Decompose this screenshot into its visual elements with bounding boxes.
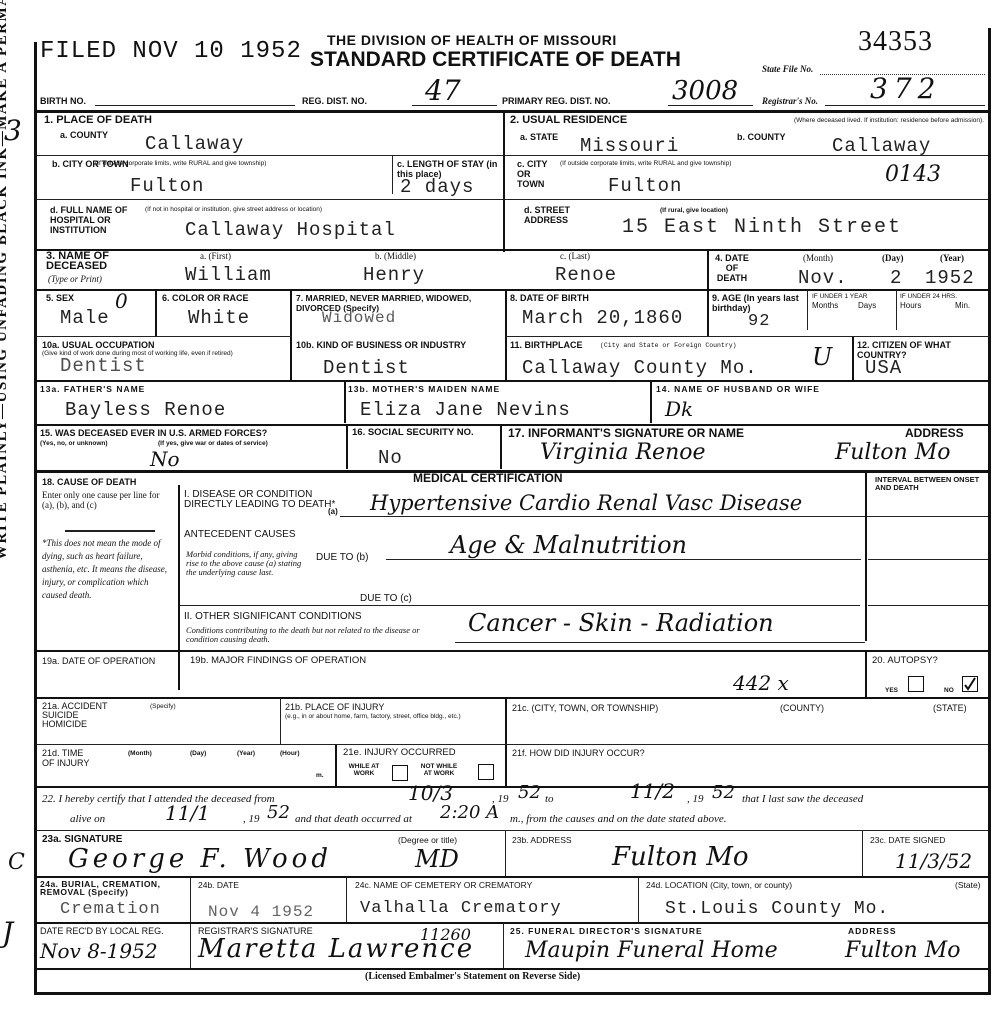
certify-text-c: to [545, 794, 554, 804]
residence-county-label: b. COUNTY [737, 132, 786, 142]
sex: Male [60, 308, 110, 328]
burial-location: St.Louis County Mo. [665, 899, 889, 919]
age: 92 [748, 312, 770, 332]
certify-text-f: alive on [70, 814, 105, 824]
date-of-death-label: 4. DATE OF DEATH [712, 253, 752, 283]
certify-text-e: that I last saw the deceased [742, 794, 863, 804]
physician-signature: George F. Wood [68, 848, 332, 870]
margin-mark-bottom: J [2, 922, 13, 944]
autopsy-yes-label: YES [885, 687, 898, 694]
left-border [34, 42, 37, 992]
race-label: 6. COLOR OR RACE [162, 293, 249, 303]
side-instruction: WRITE PLAINLY—USING UNFADING BLACK INK—M… [0, 0, 11, 560]
injury-month-label: (Month) [128, 750, 152, 757]
year-label: (Year) [940, 253, 964, 263]
middle-label: b. (Middle) [375, 251, 416, 261]
interval-label: INTERVAL BETWEEN ONSET AND DEATH [875, 476, 985, 492]
residence-city: Fulton [608, 176, 682, 196]
name-of-deceased-label: 3. NAME OF DECEASED [46, 251, 136, 271]
death-month: Nov. [798, 268, 848, 288]
physician-address-label: 23b. ADDRESS [512, 835, 572, 845]
disease-label: I. DISEASE OR CONDITION DIRECTLY LEADING… [184, 490, 344, 510]
armed-forces-answer: No [150, 448, 180, 470]
last-seen-year: 52 [267, 802, 290, 824]
birthplace-mark: U [812, 346, 832, 368]
autopsy-label: 20. AUTOPSY? [872, 656, 938, 666]
injury-county-label: (COUNTY) [780, 703, 824, 713]
state-file-number: 34353 [858, 26, 933, 58]
city-note: (If outside corporate limits, write RURA… [95, 160, 266, 167]
state-file-label: State File No. [762, 64, 813, 74]
page-title: STANDARD CERTIFICATE OF DEATH [310, 48, 681, 72]
spouse-label: 14. NAME OF HUSBAND OR WIFE [656, 384, 820, 394]
street-address: 15 East Ninth Street [622, 218, 902, 238]
place-of-injury-note: (e.g., in or about home, farm, factory, … [285, 713, 495, 720]
informant-address-label: ADDRESS [905, 428, 964, 438]
race: White [188, 308, 250, 328]
injury-hour-label: (Hour) [280, 750, 300, 757]
dob-label: 8. DATE OF BIRTH [510, 293, 589, 303]
disposition-method: Cremation [60, 900, 161, 920]
op-date-label: 19a. DATE OF OPERATION [42, 656, 170, 666]
funeral-director-signature: Maupin Funeral Home [525, 940, 778, 962]
autopsy-no-checkbox[interactable] [962, 676, 978, 692]
cemetery-name: Valhalla Crematory [360, 899, 562, 919]
embalmer-code: 11260 [420, 924, 471, 946]
birthplace-label: 11. BIRTHPLACE [510, 340, 583, 350]
certify-text-i: m., from the causes and on the date stat… [510, 814, 727, 824]
informant-signature: Virginia Renoe [540, 442, 706, 464]
usual-residence-label: 2. USUAL RESIDENCE [510, 115, 627, 125]
under-year-label: IF UNDER 1 YEAR [812, 293, 868, 300]
injury-location-label: 21c. (CITY, TOWN, OR TOWNSHIP) [512, 703, 658, 713]
days-label: Days [858, 302, 876, 309]
length-of-stay: 2 days [400, 177, 474, 197]
burial-state-label: (State) [955, 880, 981, 890]
hospital-name: Callaway Hospital [185, 220, 396, 240]
street-note: (If rural, give location) [660, 207, 728, 214]
filed-stamp: FILED NOV 10 1952 [40, 38, 302, 65]
attended-to-year: 52 [712, 782, 735, 804]
birth-no-label: BIRTH NO. [40, 96, 86, 106]
other-conditions: Cancer - Skin - Radiation [468, 612, 774, 634]
death-year: 1952 [925, 268, 975, 288]
business: Dentist [323, 358, 410, 378]
age-label: 9. AGE (In years last birthday) [712, 293, 802, 313]
due-to-b-label: DUE TO (b) [316, 553, 368, 563]
division-heading: THE DIVISION OF HEALTH OF MISSOURI [327, 32, 617, 48]
day-label: (Day) [882, 253, 904, 263]
occupation-label: 10a. USUAL OCCUPATION [42, 340, 155, 350]
middle-name: Henry [363, 265, 425, 285]
other-conditions-label: II. OTHER SIGNIFICANT CONDITIONS [184, 612, 362, 622]
month-label: (Month) [803, 253, 833, 263]
place-of-injury-label: 21b. PLACE OF INJURY [285, 702, 384, 712]
attended-from: 10/3 [408, 782, 453, 804]
injury-occurred-label: 21e. INJURY OCCURRED [343, 748, 456, 758]
embalmer-note: (Licensed Embalmer's Statement on Revers… [365, 971, 580, 982]
birthplace: Callaway County Mo. [522, 358, 758, 378]
funeral-address-label: ADDRESS [848, 926, 897, 936]
cemetery-label: 24c. NAME OF CEMETERY OR CREMATORY [355, 880, 532, 890]
injury-m-label: m. [316, 772, 324, 779]
date-of-birth: March 20,1860 [522, 308, 683, 328]
bottom-border [34, 992, 991, 995]
cause-note: Enter only one cause per line for (a), (… [42, 490, 172, 510]
other-conditions-note: Conditions contributing to the death but… [186, 626, 446, 644]
marital-status: Widowed [322, 308, 396, 328]
certify-text-d: , 19 [687, 794, 704, 804]
while-at-work-checkbox[interactable] [392, 765, 408, 781]
degree-label: (Degree or title) [398, 835, 457, 845]
primary-reg-value: 3008 [672, 80, 738, 102]
date-signed: 11/3/52 [895, 850, 972, 872]
injury-state-label: (STATE) [933, 703, 967, 713]
business-label: 10b. KIND OF BUSINESS OR INDUSTRY [296, 340, 501, 350]
place-of-death-label: 1. PLACE OF DEATH [44, 115, 152, 125]
reg-dist-value: 47 [425, 80, 461, 102]
spouse-name: Dk [665, 398, 693, 420]
death-county: Callaway [145, 134, 244, 154]
informant-label: 17. INFORMANT'S SIGNATURE OR NAME [508, 428, 744, 438]
cause-b: Age & Malnutrition [450, 534, 687, 556]
first-name: William [185, 265, 272, 285]
armed-forces-note1: (Yes, no, or unknown) [40, 440, 108, 447]
cause-label: 18. CAUSE OF DEATH [42, 477, 136, 487]
mother-name: Eliza Jane Nevins [360, 400, 571, 420]
hospital-label: d. FULL NAME OF HOSPITAL OR INSTITUTION [50, 205, 140, 235]
check-icon [963, 677, 977, 691]
mother-label: 13b. MOTHER'S MAIDEN NAME [348, 384, 500, 394]
sex-mark: 0 [115, 290, 128, 312]
residence-state: Missouri [580, 136, 679, 156]
time-of-injury-label: 21d. TIME OF INJURY [42, 748, 97, 768]
burial-location-label: 24d. LOCATION (City, town, or county) [646, 880, 792, 890]
disposition-label: 24a. BURIAL, CREMATION, REMOVAL (Specify… [40, 880, 180, 896]
cause-a: Hypertensive Cardio Renal Vasc Disease [370, 492, 802, 514]
residence-city-note: (If outside corporate limits, write RURA… [560, 160, 731, 167]
antecedent-label: ANTECEDENT CAUSES [184, 530, 296, 540]
certify-line1: 22. I hereby certify that I attended the… [42, 794, 275, 804]
last-label: c. (Last) [560, 251, 590, 261]
under-day-label: IF UNDER 24 HRS. [900, 293, 957, 300]
informant-address: Fulton Mo [835, 442, 951, 464]
date-received-label: DATE REC'D BY LOCAL REG. [40, 926, 180, 936]
death-city: Fulton [130, 176, 204, 196]
ssn: No [378, 448, 403, 468]
margin-mark-top: 3 [4, 120, 22, 142]
autopsy-no-label: NO [944, 687, 954, 694]
ssn-label: 16. SOCIAL SECURITY NO. [352, 428, 494, 438]
certify-text-g: , 19 [243, 814, 260, 824]
not-while-at-work-checkbox[interactable] [478, 764, 494, 780]
sex-label: 5. SEX [46, 293, 74, 303]
physician-address: Fulton Mo [612, 846, 749, 868]
father-name: Bayless Renoe [65, 400, 226, 420]
date-signed-label: 23c. DATE SIGNED [870, 835, 945, 845]
months-label: Months [812, 302, 838, 309]
death-day: 2 [890, 268, 902, 288]
funeral-director-label: 25. FUNERAL DIRECTOR'S SIGNATURE [510, 926, 703, 936]
armed-forces-label: 15. WAS DECEASED EVER IN U.S. ARMED FORC… [40, 428, 267, 438]
street-label: d. STREET ADDRESS [524, 205, 579, 225]
funeral-director-address: Fulton Mo [845, 940, 961, 962]
while-work-label: WHILE AT WORK [345, 763, 383, 777]
attended-to: 11/2 [630, 780, 675, 802]
cause-footnote: *This does not mean the mode of dying, s… [42, 537, 172, 602]
margin-mark-mid: C [8, 852, 25, 874]
certify-text-a: 22. I hereby certify that I attended the… [42, 793, 275, 805]
father-label: 13a. FATHER'S NAME [40, 384, 145, 394]
hours-label: Hours [900, 302, 921, 309]
not-while-work-label: NOT WHILE AT WORK [418, 763, 460, 777]
registrar-no-value: 372 [870, 78, 941, 100]
last-seen-alive: 11/1 [165, 802, 210, 824]
residence-county: Callaway [832, 136, 931, 156]
reg-dist-label: REG. DIST. NO. [302, 96, 367, 106]
disposition-date: Nov 4 1952 [208, 902, 314, 922]
injury-year-label: (Year) [237, 750, 255, 757]
how-injury-label: 21f. HOW DID INJURY OCCUR? [512, 748, 645, 758]
residence-city-label: c. CITY OR TOWN [517, 159, 557, 189]
residence-code: 0143 [885, 164, 941, 186]
primary-reg-label: PRIMARY REG. DIST. NO. [502, 96, 611, 106]
op-code: 442 x [733, 672, 789, 694]
occupation: Dentist [60, 356, 147, 376]
first-label: a. (First) [200, 251, 231, 261]
disposition-date-label: 24b. DATE [198, 880, 239, 890]
armed-forces-note2: (If yes, give war or dates of service) [158, 440, 268, 447]
date-received: Nov 8-1952 [40, 940, 158, 962]
name-note: (Type or Print) [48, 274, 102, 284]
state-label: a. STATE [520, 132, 558, 142]
injury-day-label: (Day) [190, 750, 206, 757]
citizen: USA [865, 358, 902, 378]
antecedent-note: Morbid conditions, if any, giving rise t… [186, 550, 306, 577]
hospital-note: (If not in hospital or institution, give… [145, 206, 322, 213]
a-tag: (a) [328, 507, 338, 517]
birthplace-note: (City and State or Foreign Country) [600, 342, 737, 349]
attended-from-year: 52 [518, 782, 541, 804]
registrar-no-label: Registrar's No. [762, 96, 818, 106]
certify-text-h: and that death occurred at [295, 814, 412, 824]
time-of-death: 2:20 A [440, 802, 499, 824]
right-border [988, 28, 991, 994]
due-to-c-label: DUE TO (c) [360, 594, 412, 604]
last-name: Renoe [555, 265, 617, 285]
county-label: a. COUNTY [60, 130, 108, 140]
medical-heading: MEDICAL CERTIFICATION [413, 473, 563, 483]
usual-residence-note: (Where deceased lived. If institution: r… [662, 117, 984, 124]
accident-specify: (Specify) [150, 703, 176, 710]
autopsy-yes-checkbox[interactable] [908, 676, 924, 692]
physician-degree: MD [415, 848, 459, 870]
op-findings-label: 19b. MAJOR FINDINGS OF OPERATION [190, 656, 366, 666]
min-label: Min. [955, 302, 970, 309]
accident-label: 21a. ACCIDENT SUICIDE HOMICIDE [42, 702, 122, 729]
